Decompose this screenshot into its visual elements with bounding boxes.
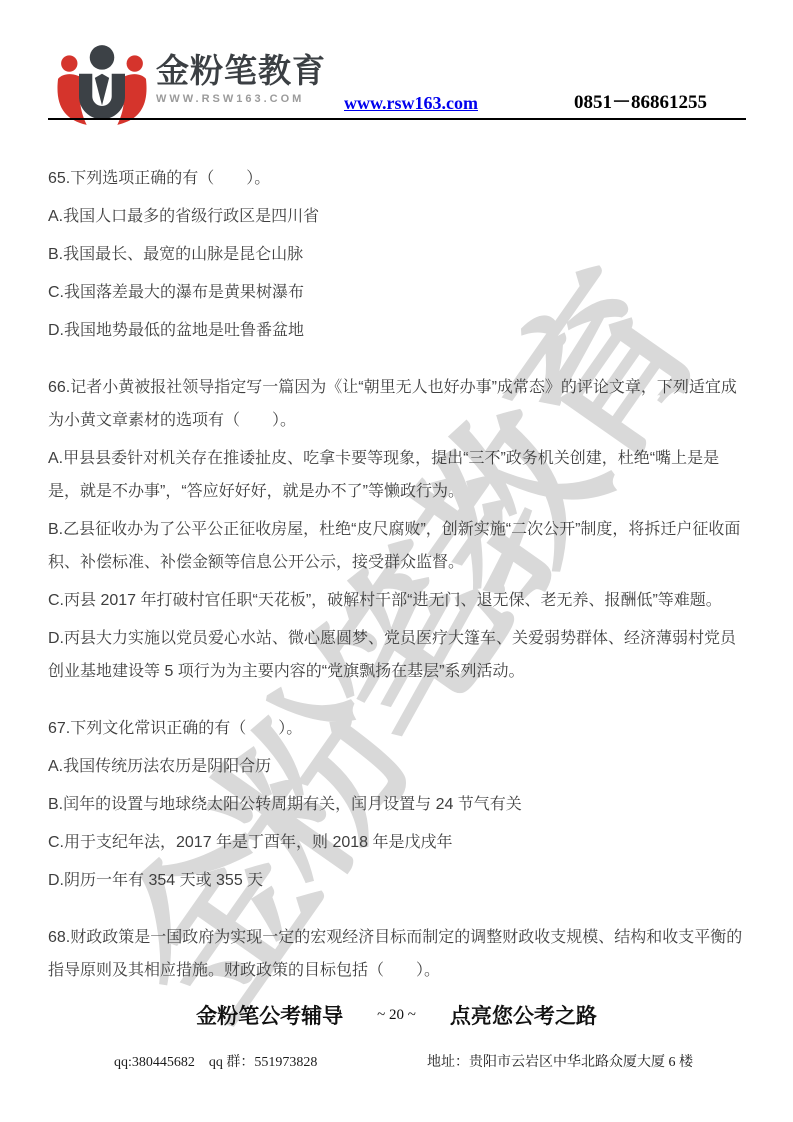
question-text: 66.记者小黄被报社领导指定写一篇因为《让“朝里无人也好办事”成常态》的评论文章… xyxy=(48,371,746,437)
option-b: B.我国最长、最宽的山脉是昆仑山脉 xyxy=(48,238,746,271)
option-c: C.用于支纪年法，2017 年是丁酉年，则 2018 年是戊戌年 xyxy=(48,826,746,859)
page-number: ~ 20 ~ xyxy=(377,1007,416,1024)
question-67: 67.下列文化常识正确的有（ ）。 A.我国传统历法农历是阴阳合历 B.闰年的设… xyxy=(48,712,746,897)
question-text: 68.财政政策是一国政府为实现一定的宏观经济目标而制定的调整财政收支规模、结构和… xyxy=(48,921,746,987)
option-a: A.甲县县委针对机关存在推诿扯皮、吃拿卡要等现象，提出“三不”政务机关创建，杜绝… xyxy=(48,442,746,508)
option-a: A.我国人口最多的省级行政区是四川省 xyxy=(48,200,746,233)
footer-tagline-row: 金粉笔公考辅导 ~ 20 ~ 点亮您公考之路 xyxy=(0,1000,793,1030)
option-c: C.丙县 2017 年打破村官任职“天花板”，破解村干部“进无门、退无保、老无养… xyxy=(48,584,746,617)
option-a: A.我国传统历法农历是阴阳合历 xyxy=(48,750,746,783)
footer-brand-tagline: 金粉笔公考辅导 xyxy=(196,1000,343,1030)
question-68: 68.财政政策是一国政府为实现一定的宏观经济目标而制定的调整财政收支规模、结构和… xyxy=(48,921,746,987)
footer-contact-row: qq:380445682 qq 群：551973828 地址：贵阳市云岩区中华北… xyxy=(114,1051,693,1071)
brand-logo: 金粉笔教育 WWW.RSW163.COM xyxy=(56,44,326,126)
document-page: 金粉笔教育 金粉笔教育 WWW.RSW163.COM www.rsw163.co… xyxy=(0,0,793,1122)
question-text: 67.下列文化常识正确的有（ ）。 xyxy=(48,712,746,745)
brand-logo-text: 金粉笔教育 WWW.RSW163.COM xyxy=(156,52,326,105)
option-b: B.闰年的设置与地球绕太阳公转周期有关，闰月设置与 24 节气有关 xyxy=(48,788,746,821)
question-65: 65.下列选项正确的有（ ）。 A.我国人口最多的省级行政区是四川省 B.我国最… xyxy=(48,162,746,347)
option-d: D.我国地势最低的盆地是吐鲁番盆地 xyxy=(48,314,746,347)
brand-site-caption: WWW.RSW163.COM xyxy=(156,93,326,105)
question-66: 66.记者小黄被报社领导指定写一篇因为《让“朝里无人也好办事”成常态》的评论文章… xyxy=(48,371,746,688)
header-divider xyxy=(48,118,746,120)
company-address: 地址：贵阳市云岩区中华北路众厦大厦 6 楼 xyxy=(427,1051,693,1071)
page-header: 金粉笔教育 WWW.RSW163.COM www.rsw163.com 0851… xyxy=(0,0,793,118)
option-c: C.我国落差最大的瀑布是黄果树瀑布 xyxy=(48,276,746,309)
option-b: B.乙县征收办为了公平公正征收房屋，杜绝“皮尺腐败”，创新实施“二次公开”制度，… xyxy=(48,513,746,579)
page-footer: 金粉笔公考辅导 ~ 20 ~ 点亮您公考之路 qq:380445682 qq 群… xyxy=(0,1000,793,1071)
option-d: D.阴历一年有 354 天或 355 天 xyxy=(48,864,746,897)
option-d: D.丙县大力实施以党员爱心水站、微心愿圆梦、党员医疗大篷车、关爱弱势群体、经济薄… xyxy=(48,622,746,688)
question-text: 65.下列选项正确的有（ ）。 xyxy=(48,162,746,195)
phone-number: 0851－86861255 xyxy=(574,87,707,114)
footer-slogan: 点亮您公考之路 xyxy=(450,1000,597,1030)
website-link[interactable]: www.rsw163.com xyxy=(344,93,478,114)
brand-name: 金粉笔教育 xyxy=(156,52,326,90)
question-list: 65.下列选项正确的有（ ）。 A.我国人口最多的省级行政区是四川省 B.我国最… xyxy=(48,162,746,987)
qq-contact: qq:380445682 qq 群：551973828 xyxy=(114,1051,317,1071)
brand-logo-icon xyxy=(56,44,148,126)
